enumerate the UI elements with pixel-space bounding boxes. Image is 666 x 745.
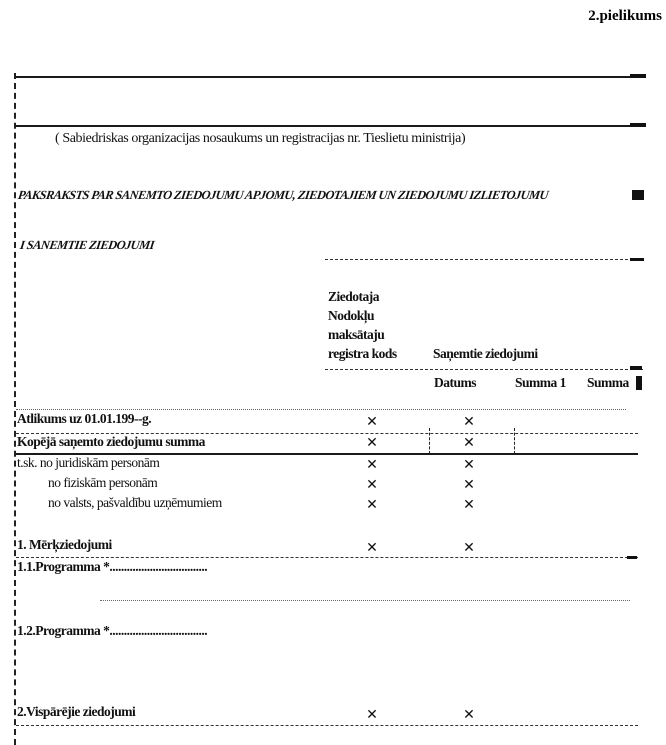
col-divider — [514, 428, 515, 454]
row-total-code-x: ✕ — [364, 435, 380, 451]
row-rule — [16, 725, 638, 726]
row-general-code-x: ✕ — [364, 707, 380, 723]
donor-code-line-1: Ziedotaja — [328, 287, 397, 306]
row-general-date-x: ✕ — [461, 707, 477, 723]
donor-code-line-2: Nodokļu — [328, 306, 397, 325]
scan-mark — [630, 258, 644, 261]
frame-top-line — [15, 76, 646, 78]
received-donations-header: Saņemtie ziedojumi — [433, 344, 538, 363]
row-total-date-x: ✕ — [461, 435, 477, 451]
row-balance-code-x: ✕ — [364, 414, 380, 430]
row-natural-code-x: ✕ — [364, 477, 380, 493]
sum2-column-header: Summa — [587, 373, 637, 392]
row-label-legal-persons: t.sk. no juridiskām personām — [17, 455, 159, 471]
scan-mark — [630, 366, 642, 370]
row-legal-code-x: ✕ — [364, 457, 380, 473]
row-state-date-x: ✕ — [461, 497, 477, 513]
row-label-program-1-2: 1.2.Programma *.........................… — [17, 623, 207, 639]
row-balance-date-x: ✕ — [461, 414, 477, 430]
row-label-state-enterprises: no valsts, pašvaldību uzņēmumiem — [48, 495, 222, 511]
row-rule — [16, 557, 638, 558]
program-1-1-rule — [100, 600, 630, 601]
row-label-total-received: Kopējā saņemto ziedojumu summa — [17, 434, 205, 450]
row-label-program-1-1: 1.1.Programma *.........................… — [17, 559, 207, 575]
row-targeted-date-x: ✕ — [461, 540, 477, 556]
row-label-natural-persons: no fiziskām personām — [48, 475, 157, 491]
row-legal-date-x: ✕ — [461, 457, 477, 473]
row-label-general-donations: 2.Vispārējie ziedojumi — [17, 704, 135, 720]
header-rule — [325, 369, 643, 370]
report-title: PAKSRAKSTS PAR SANEMTO ZIEDOJUMU APJOMU,… — [17, 188, 639, 203]
data-top-rule — [16, 409, 626, 410]
scan-mark — [632, 190, 644, 200]
scan-mark — [627, 556, 637, 559]
col-divider — [429, 428, 430, 454]
annex-label: 2.pielikums — [588, 8, 662, 25]
row-label-targeted-donations: 1. Mērķziedojumi — [17, 537, 112, 553]
donor-code-line-4: registra kods — [328, 344, 397, 363]
donor-code-line-3: maksātaju — [328, 325, 397, 344]
scan-mark — [630, 74, 646, 78]
row-state-code-x: ✕ — [364, 497, 380, 513]
date-column-header: Datums — [434, 373, 476, 392]
organization-name-line — [15, 125, 646, 127]
donor-code-header: Ziedotaja Nodokļu maksātaju registra kod… — [328, 287, 397, 363]
row-targeted-code-x: ✕ — [364, 540, 380, 556]
scan-mark — [630, 123, 646, 127]
scan-mark — [636, 376, 642, 390]
row-label-balance: Atlikums uz 01.01.199--g. — [17, 411, 151, 427]
section-rule — [325, 259, 643, 260]
sum1-column-header: Summa 1 — [515, 373, 566, 392]
section-heading: I SANEMTIE ZIEDOJUMI — [19, 238, 155, 253]
row-natural-date-x: ✕ — [461, 477, 477, 493]
organization-caption: ( Sabiedriskas organizacijas nosaukums u… — [55, 131, 465, 147]
